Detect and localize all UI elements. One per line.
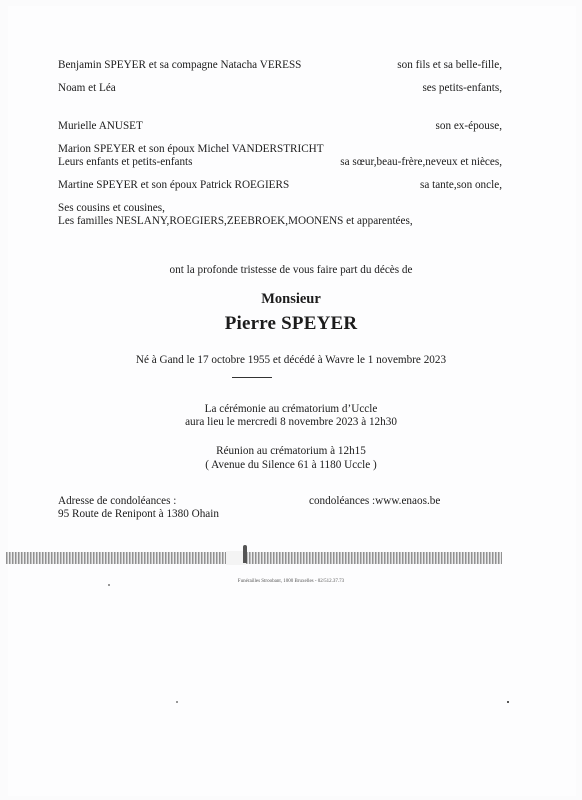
family-relation-4: sa sœur,beau-frère,neveux et nièces,	[340, 156, 502, 169]
scan-speck	[507, 701, 509, 703]
ceremony-line-1: La cérémonie au crématorium d’Uccle	[0, 403, 582, 416]
ceremony-line-2: aura lieu le mercredi 8 novembre 2023 à …	[0, 416, 582, 429]
birth-death-dates: Né à Gand le 17 octobre 1955 et décédé à…	[0, 354, 582, 367]
deceased-name: Pierre SPEYER	[0, 317, 582, 330]
funeral-home-credit: Funérailles Stroobant, 1000 Bruxelles - …	[0, 579, 582, 584]
family-names-5: Martine SPEYER et son époux Patrick ROEG…	[58, 179, 289, 192]
walking-figure-icon	[243, 545, 247, 563]
condolence-website: condoléances :www.enaos.be	[309, 495, 440, 508]
family-names-1: Benjamin SPEYER et sa compagne Natacha V…	[58, 59, 301, 72]
family-relation-5: sa tante,son oncle,	[420, 179, 502, 192]
family-relation-1: son fils et sa belle-fille,	[397, 59, 502, 72]
family-names-2: Noam et Léa	[58, 82, 116, 95]
family-names-3: Murielle ANUSET	[58, 120, 143, 133]
families-line: Les familles NESLANY,ROEGIERS,ZEEBROEK,M…	[58, 215, 413, 228]
announcement: ont la profonde tristesse de vous faire …	[0, 264, 582, 277]
condolence-address-label: Adresse de condoléances :	[58, 495, 176, 508]
separator-line	[232, 377, 272, 378]
family-relation-2: ses petits-enfants,	[422, 82, 502, 95]
condolence-address: 95 Route de Renipont à 1380 Ohain	[58, 508, 219, 521]
gathering-line-2: ( Avenue du Silence 61 à 1180 Uccle )	[0, 459, 582, 472]
deceased-title: Monsieur	[0, 293, 582, 306]
decorative-fence-banner	[6, 552, 502, 564]
family-relation-3: son ex-épouse,	[436, 120, 503, 133]
scan-speck	[108, 584, 110, 586]
gathering-line-1: Réunion au crématorium à 12h15	[0, 445, 582, 458]
family-names-4: Marion SPEYER et son époux Michel VANDER…	[58, 143, 324, 156]
cousins-line: Ses cousins et cousines,	[58, 202, 165, 215]
family-names-4-line2: Leurs enfants et petits-enfants	[58, 156, 193, 169]
scan-speck	[176, 701, 178, 703]
